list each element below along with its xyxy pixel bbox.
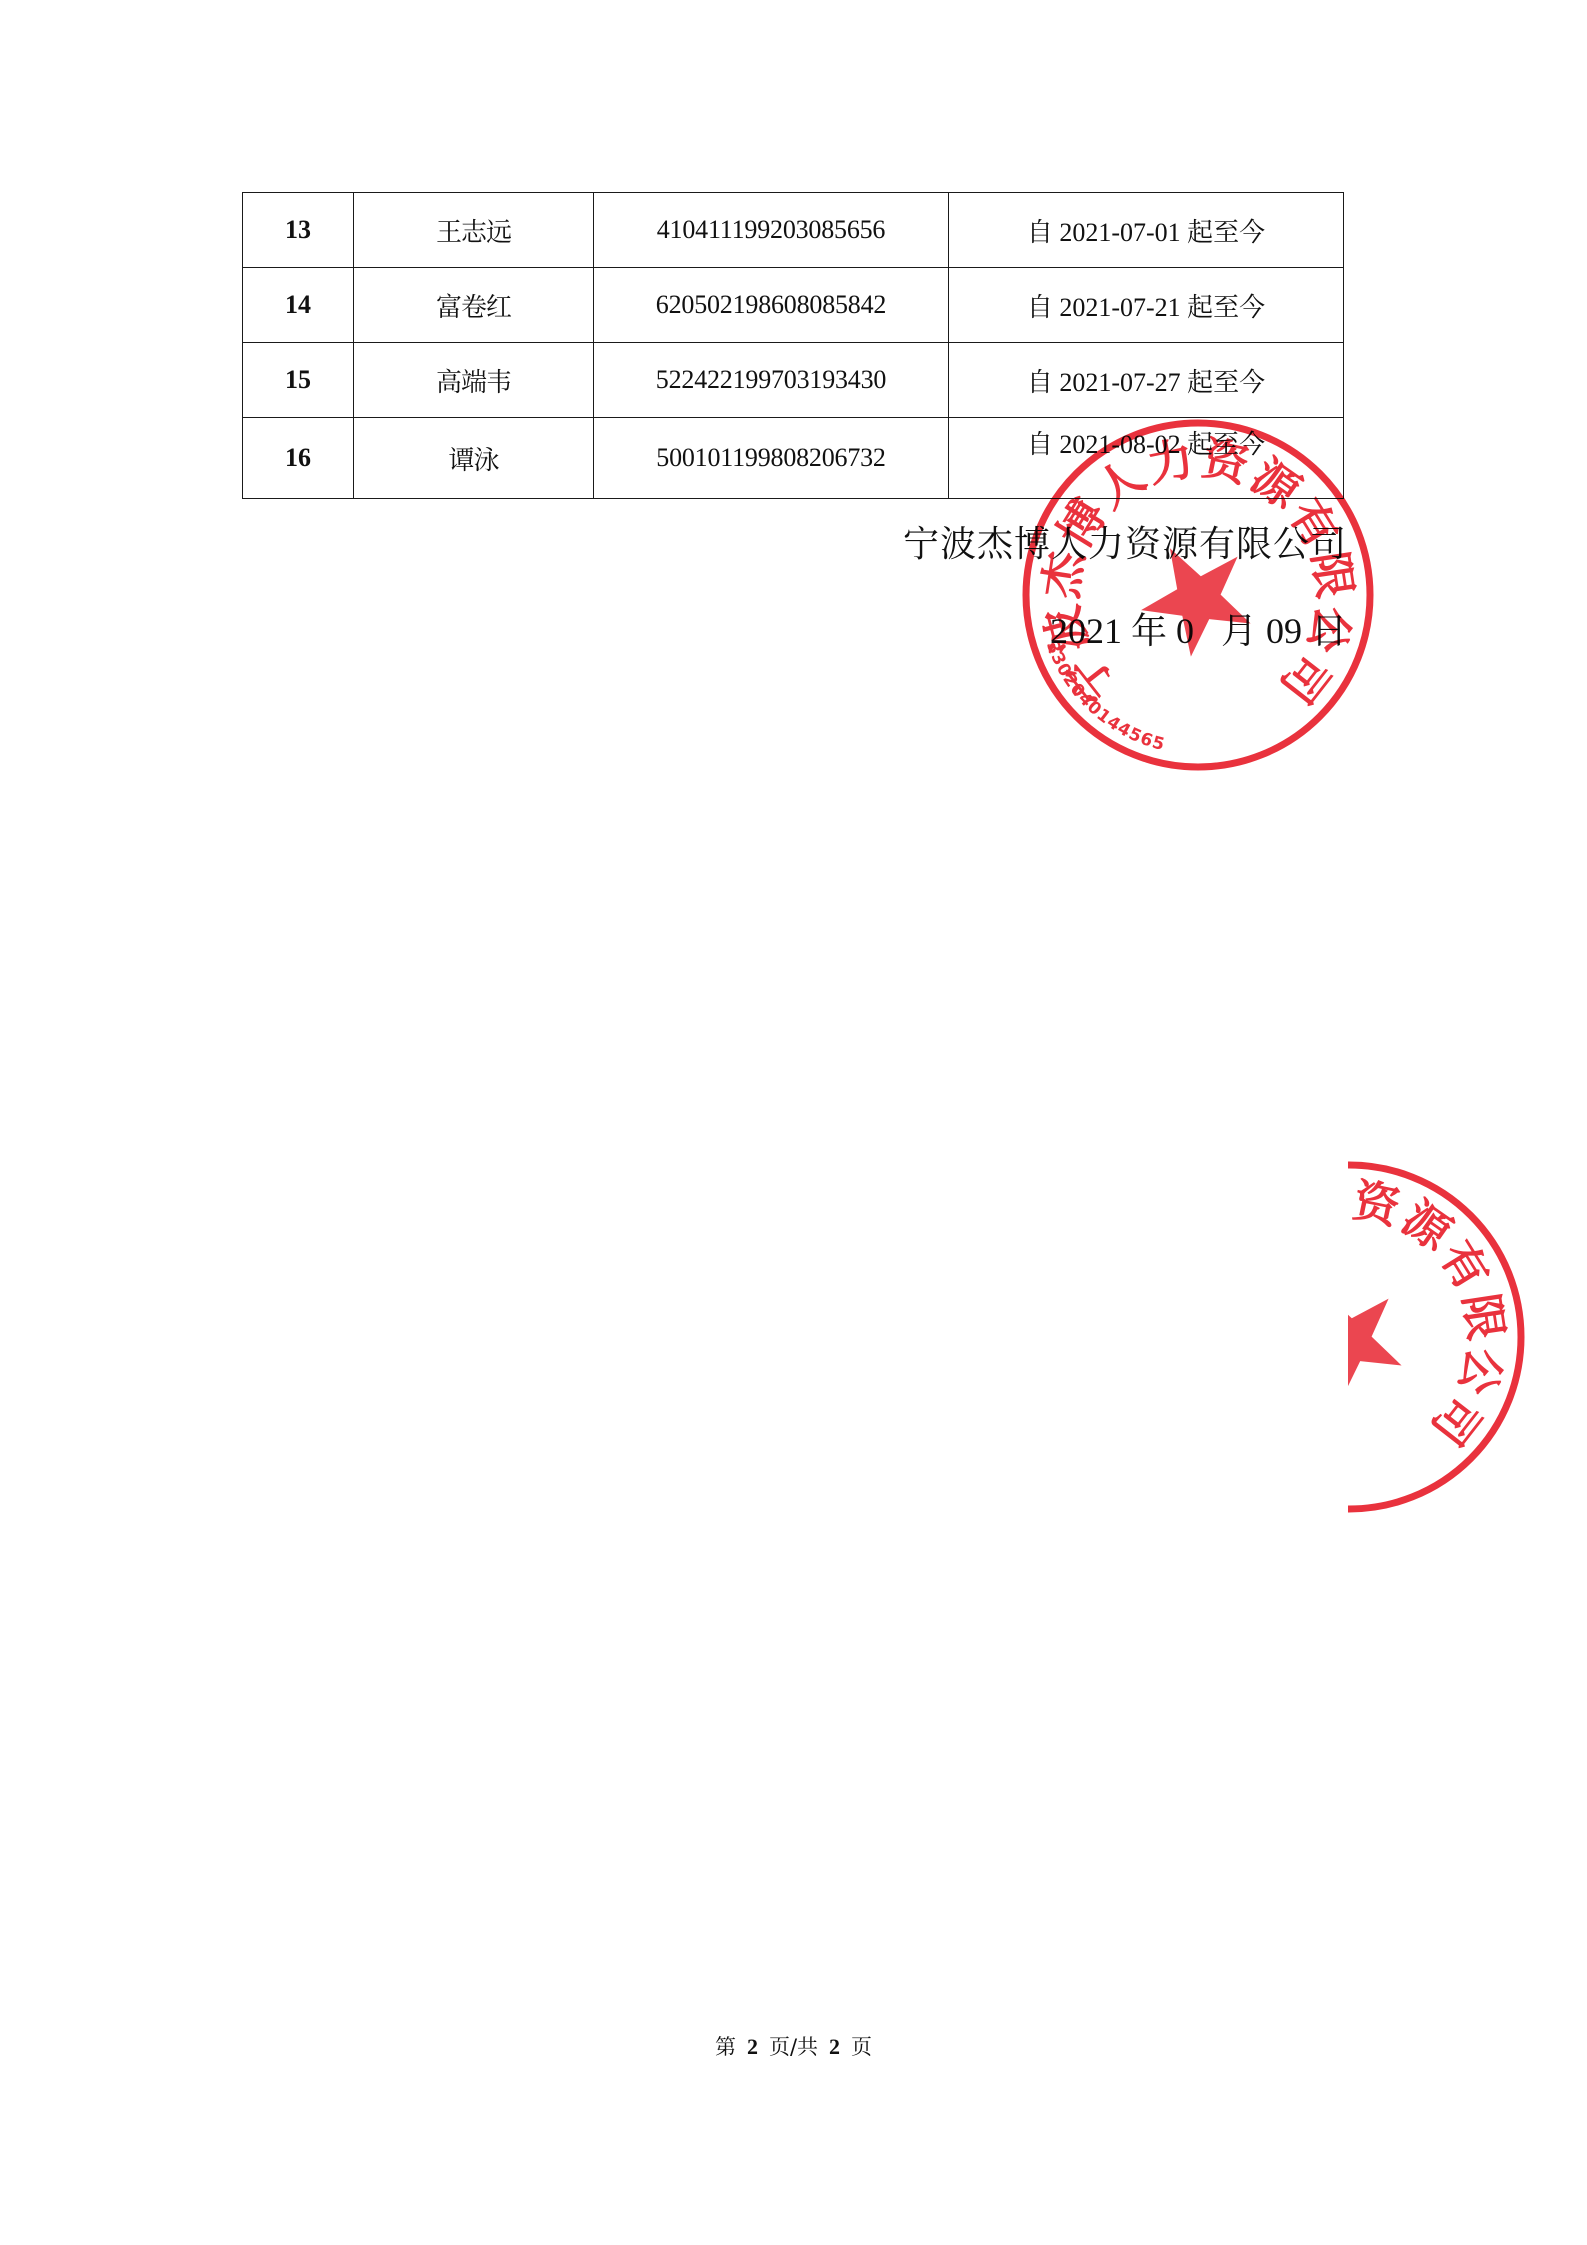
svg-text:限: 限: [1453, 1290, 1513, 1343]
employee-name: 王志远: [354, 193, 594, 268]
footer-middle: 页/共: [769, 2035, 818, 2059]
date-month-unit: 月: [1221, 611, 1257, 652]
date-day: 09: [1266, 611, 1302, 651]
svg-text:0: 0: [1066, 680, 1089, 702]
table-body: 13 王志远 410411199203085656 自 2021-07-01 起…: [243, 193, 1344, 499]
table-row: 16 谭泳 500101199808206732 自 2021-08-02 起至…: [243, 418, 1344, 499]
row-index: 15: [243, 343, 354, 418]
svg-text:力: 力: [1348, 1173, 1350, 1235]
page-footer: 第 2 页/共 2 页: [0, 2031, 1587, 2061]
table-row: 13 王志远 410411199203085656 自 2021-07-01 起…: [243, 193, 1344, 268]
date-year-unit: 年: [1131, 611, 1167, 652]
period-prefix: 自: [1027, 293, 1053, 323]
footer-suffix: 页: [851, 2035, 872, 2059]
svg-text:有: 有: [1430, 1232, 1500, 1300]
current-page: 2: [747, 2034, 758, 2059]
company-signature: 宁波杰博人力资源有限公司: [902, 516, 1347, 567]
svg-text:源: 源: [1392, 1190, 1461, 1261]
period-date: 2021-07-27: [1059, 368, 1180, 397]
period-suffix: 起至今: [1187, 368, 1265, 398]
seal-icon: 宁波杰博人力资源有限公司3302040144565: [1348, 1155, 1531, 1519]
period-suffix: 起至今: [1187, 293, 1265, 323]
table-row: 15 高端韦 522422199703193430 自 2021-07-27 起…: [243, 343, 1344, 418]
period-suffix: 起至今: [1187, 430, 1265, 460]
svg-text:0: 0: [1083, 697, 1105, 720]
svg-text:公: 公: [1449, 1343, 1513, 1401]
svg-text:2: 2: [1058, 670, 1081, 691]
employment-period: 自 2021-07-21 起至今: [949, 268, 1344, 343]
footer-prefix: 第: [715, 2035, 736, 2059]
employment-period: 自 2021-08-02 起至今: [949, 418, 1344, 499]
cross-page-seal: 宁波杰博人力资源有限公司3302040144565: [1348, 1152, 1587, 1522]
svg-text:5: 5: [1125, 724, 1144, 747]
period-date: 2021-07-01: [1059, 218, 1180, 247]
period-date: 2021-07-21: [1059, 293, 1180, 322]
period-prefix: 自: [1027, 218, 1053, 248]
employee-name: 富卷红: [354, 268, 594, 343]
period-prefix: 自: [1027, 430, 1053, 460]
svg-text:资: 资: [1348, 1173, 1405, 1235]
id-number: 500101199808206732: [594, 418, 949, 499]
employment-period: 自 2021-07-01 起至今: [949, 193, 1344, 268]
table-row: 14 富卷红 620502198608085842 自 2021-07-21 起…: [243, 268, 1344, 343]
period-date: 2021-08-02: [1059, 430, 1180, 459]
employee-records-table: 13 王志远 410411199203085656 自 2021-07-01 起…: [242, 192, 1344, 499]
row-index: 14: [243, 268, 354, 343]
svg-text:6: 6: [1137, 729, 1155, 752]
row-index: 13: [243, 193, 354, 268]
svg-text:5: 5: [1150, 733, 1167, 755]
id-number: 620502198608085842: [594, 268, 949, 343]
svg-text:4: 4: [1074, 689, 1097, 711]
svg-text:0: 0: [1052, 660, 1075, 680]
svg-text:1: 1: [1093, 705, 1115, 728]
svg-text:4: 4: [1103, 712, 1124, 735]
employment-period: 自 2021-07-27 起至今: [949, 343, 1344, 418]
total-pages: 2: [829, 2034, 840, 2059]
row-index: 16: [243, 418, 354, 499]
svg-text:4: 4: [1114, 718, 1134, 741]
svg-text:司: 司: [1421, 1386, 1492, 1455]
id-number: 410411199203085656: [594, 193, 949, 268]
svg-text:宁: 宁: [1055, 644, 1126, 713]
period-prefix: 自: [1027, 368, 1053, 398]
date-day-unit: 日: [1311, 611, 1347, 652]
date-month: 0: [1176, 611, 1194, 651]
svg-text:司: 司: [1270, 644, 1341, 713]
id-number: 522422199703193430: [594, 343, 949, 418]
employee-name: 高端韦: [354, 343, 594, 418]
signature-date: 2021 年 00 月 09 日: [1040, 603, 1347, 654]
employee-name: 谭泳: [354, 418, 594, 499]
period-suffix: 起至今: [1187, 218, 1265, 248]
date-year: 2021: [1050, 611, 1122, 651]
